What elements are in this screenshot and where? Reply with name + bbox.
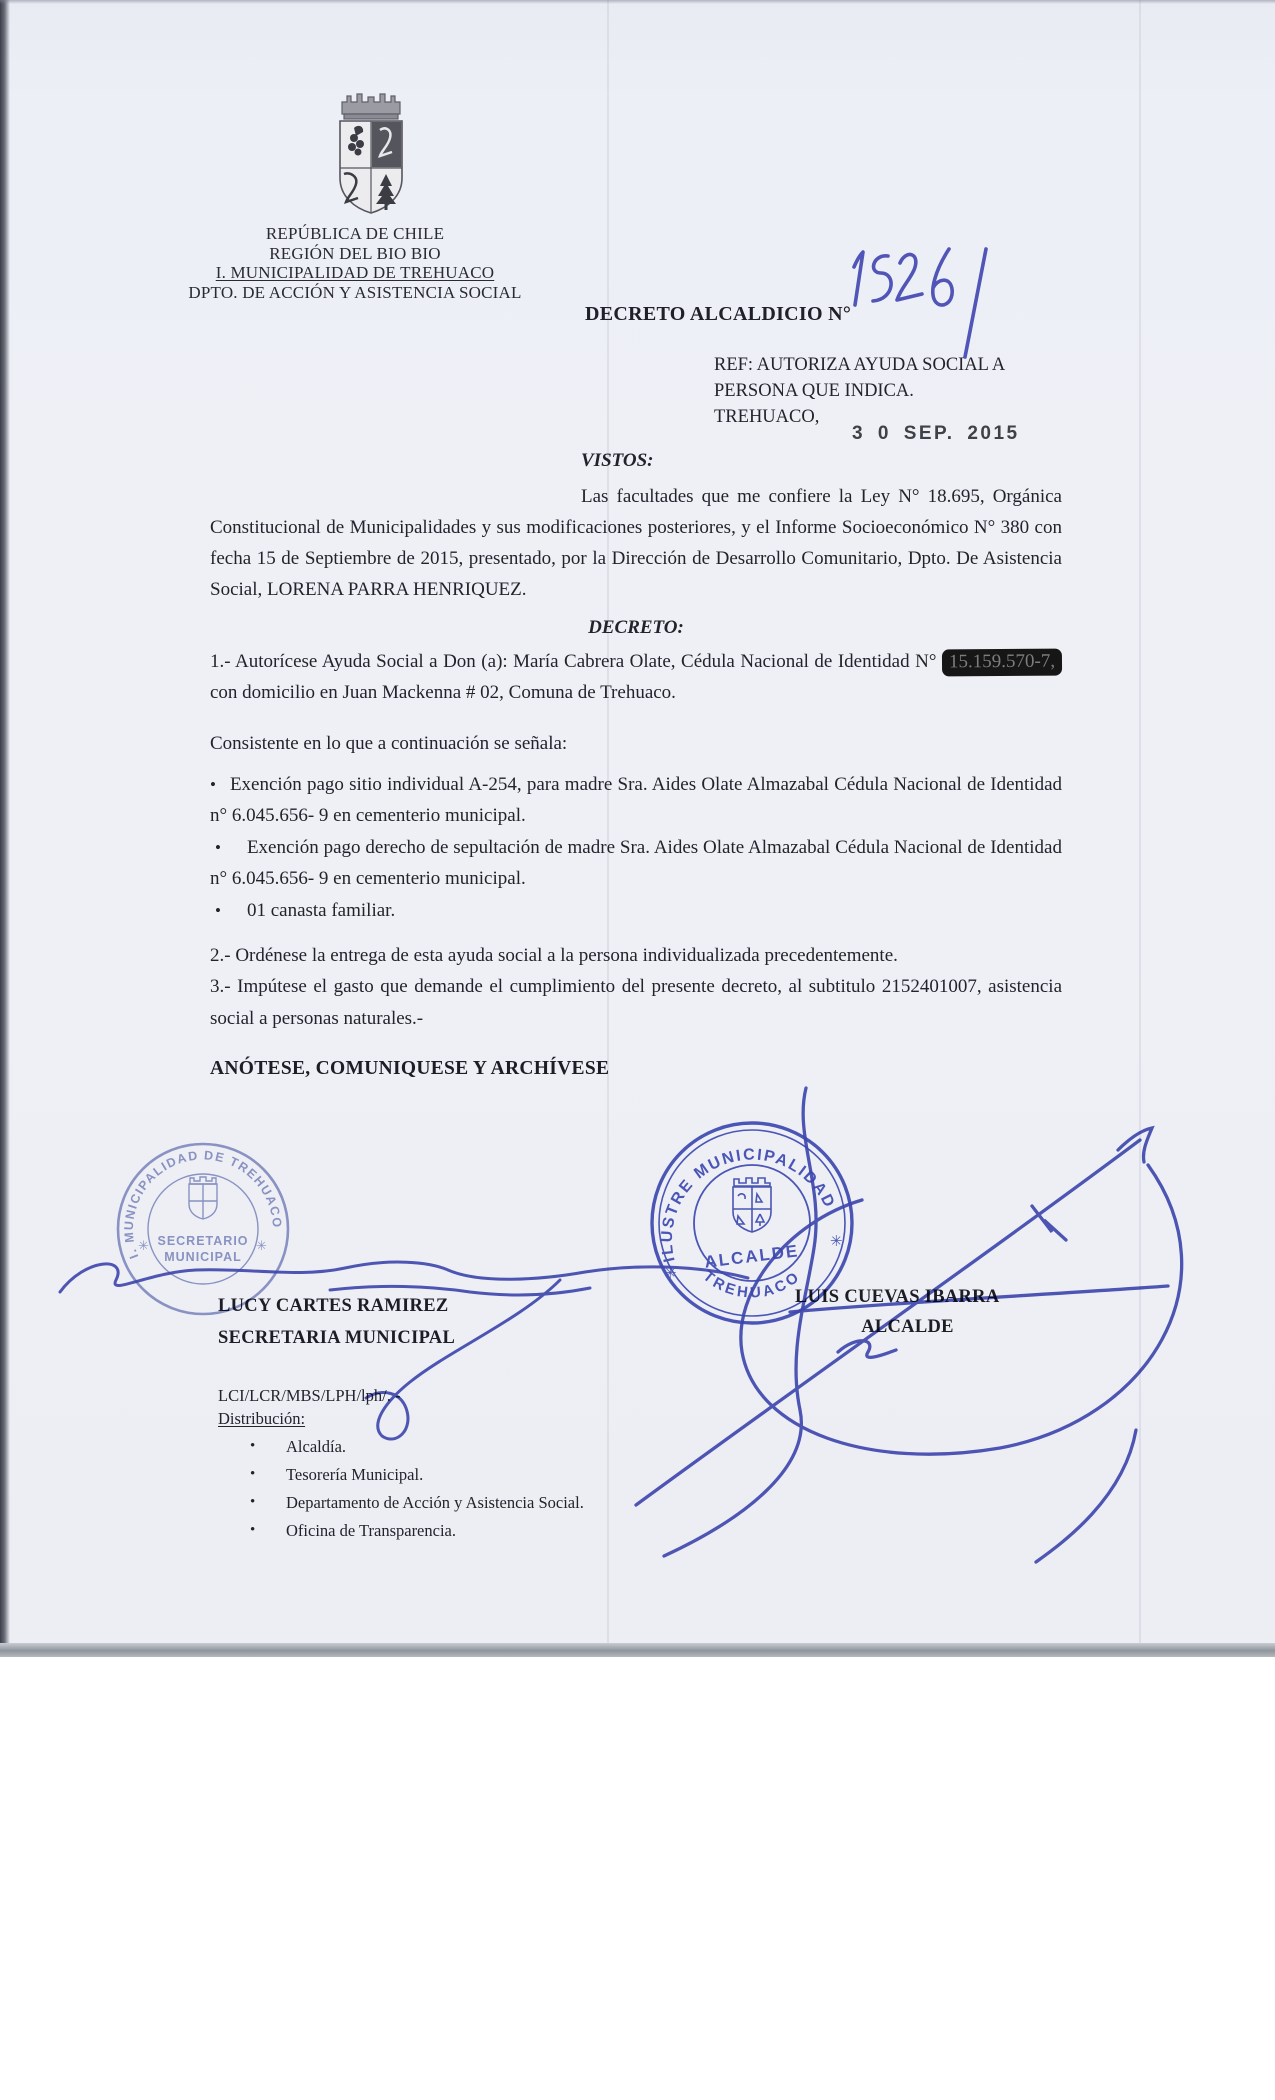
benefit-bullet-3: •01 canasta familiar. (210, 896, 1062, 927)
scan-edge-bottom (0, 1643, 1275, 1657)
distribution-item-text: Tesorería Municipal. (286, 1464, 423, 1485)
distribution-heading: Distribución: (218, 1408, 584, 1429)
closing-formula: ANÓTESE, COMUNIQUESE Y ARCHÍVESE (210, 1058, 609, 1080)
secretary-title: SECRETARIA MUNICIPAL (218, 1322, 455, 1354)
decreto-item-3: 3.- Impútese el gasto que demande el cum… (210, 971, 1062, 1035)
distribution-item-text: Alcaldía. (286, 1436, 346, 1457)
letterhead-department: DPTO. DE ACCIÓN Y ASISTENCIA SOCIAL (150, 283, 560, 303)
decreto-heading: DECRETO: (210, 617, 1062, 639)
decreto-item-1: 1.- Autorícese Ayuda Social a Don (a): M… (210, 646, 1062, 708)
letterhead-region: REGIÓN DEL BIO BIO (150, 244, 560, 264)
vistos-heading: VISTOS: (581, 450, 654, 472)
handwritten-decree-number (838, 243, 993, 365)
bullet-dot: • (210, 901, 247, 920)
bullet-dot: • (210, 838, 247, 857)
consistente-line: Consistente en lo que a continuación se … (210, 728, 1062, 759)
benefit-bullet-3-text: 01 canasta familiar. (247, 900, 395, 921)
distribution-item: •Alcaldía. (218, 1436, 584, 1457)
decreto-item1-text-cont: con domicilio en Juan Mackenna # 02, Com… (210, 682, 676, 703)
mayor-name: LUIS CUEVAS IBARRA (795, 1282, 1020, 1312)
benefit-bullet-1: •Exención pago sitio individual A-254, p… (210, 770, 1062, 831)
distribution-item: •Oficina de Transparencia. (218, 1520, 584, 1541)
vistos-paragraph: Las facultades que me confiere la Ley N°… (210, 481, 1062, 605)
letterhead-republic: REPÚBLICA DE CHILE (150, 224, 560, 244)
reference-line2: PERSONA QUE INDICA. (714, 378, 1005, 404)
distribution-item: •Tesorería Municipal. (218, 1464, 584, 1485)
benefit-bullet-1-text: Exención pago sitio individual A-254, pa… (210, 774, 1062, 826)
decree-title: DECRETO ALCALDICIO N° (585, 303, 851, 326)
benefit-bullet-2: •Exención pago derecho de sepultación de… (210, 833, 1062, 894)
decreto-item1-text: 1.- Autorícese Ayuda Social a Don (a): M… (210, 651, 942, 672)
bullet-dot: • (218, 1464, 286, 1485)
scan-edge-left (0, 0, 10, 1652)
mayor-signature-block: LUIS CUEVAS IBARRA ALCALDE (795, 1282, 1020, 1342)
bullet-dot: • (218, 1520, 286, 1541)
distribution-item-text: Oficina de Transparencia. (286, 1520, 456, 1541)
secretary-name: LUCY CARTES RAMIREZ (218, 1290, 455, 1322)
redacted-id-number: 15.159.570-7, (942, 649, 1062, 677)
reference-block: REF: AUTORIZA AYUDA SOCIAL A PERSONA QUE… (714, 352, 1005, 430)
footer-initials: LCI/LCR/MBS/LPH/lph/. - (218, 1385, 584, 1406)
bullet-dot: • (210, 775, 230, 794)
date-stamp: 3 0 SEP. 2015 (852, 423, 1020, 445)
footer-block: LCI/LCR/MBS/LPH/lph/. - Distribución: •A… (218, 1385, 584, 1541)
bullet-dot: • (218, 1492, 286, 1513)
scanned-decree-page: REPÚBLICA DE CHILE REGIÓN DEL BIO BIO I.… (0, 0, 1275, 2100)
distribution-item: •Departamento de Acción y Asistencia Soc… (218, 1492, 584, 1513)
benefit-bullet-2-text: Exención pago derecho de sepultación de … (210, 837, 1062, 889)
letterhead-municipality: I. MUNICIPALIDAD DE TREHUACO (150, 263, 560, 283)
letterhead: REPÚBLICA DE CHILE REGIÓN DEL BIO BIO I.… (150, 224, 560, 302)
paper-crease (1139, 0, 1141, 1643)
decreto-item-2: 2.- Ordénese la entrega de esta ayuda so… (210, 940, 1062, 971)
mayor-title: ALCALDE (795, 1312, 1020, 1342)
scan-edge-top (0, 0, 1275, 4)
distribution-item-text: Departamento de Acción y Asistencia Soci… (286, 1492, 584, 1513)
bullet-dot: • (218, 1436, 286, 1457)
reference-line1: REF: AUTORIZA AYUDA SOCIAL A (714, 352, 1005, 378)
coat-of-arms-icon (330, 90, 412, 220)
secretary-signature-block: LUCY CARTES RAMIREZ SECRETARIA MUNICIPAL (218, 1290, 455, 1354)
